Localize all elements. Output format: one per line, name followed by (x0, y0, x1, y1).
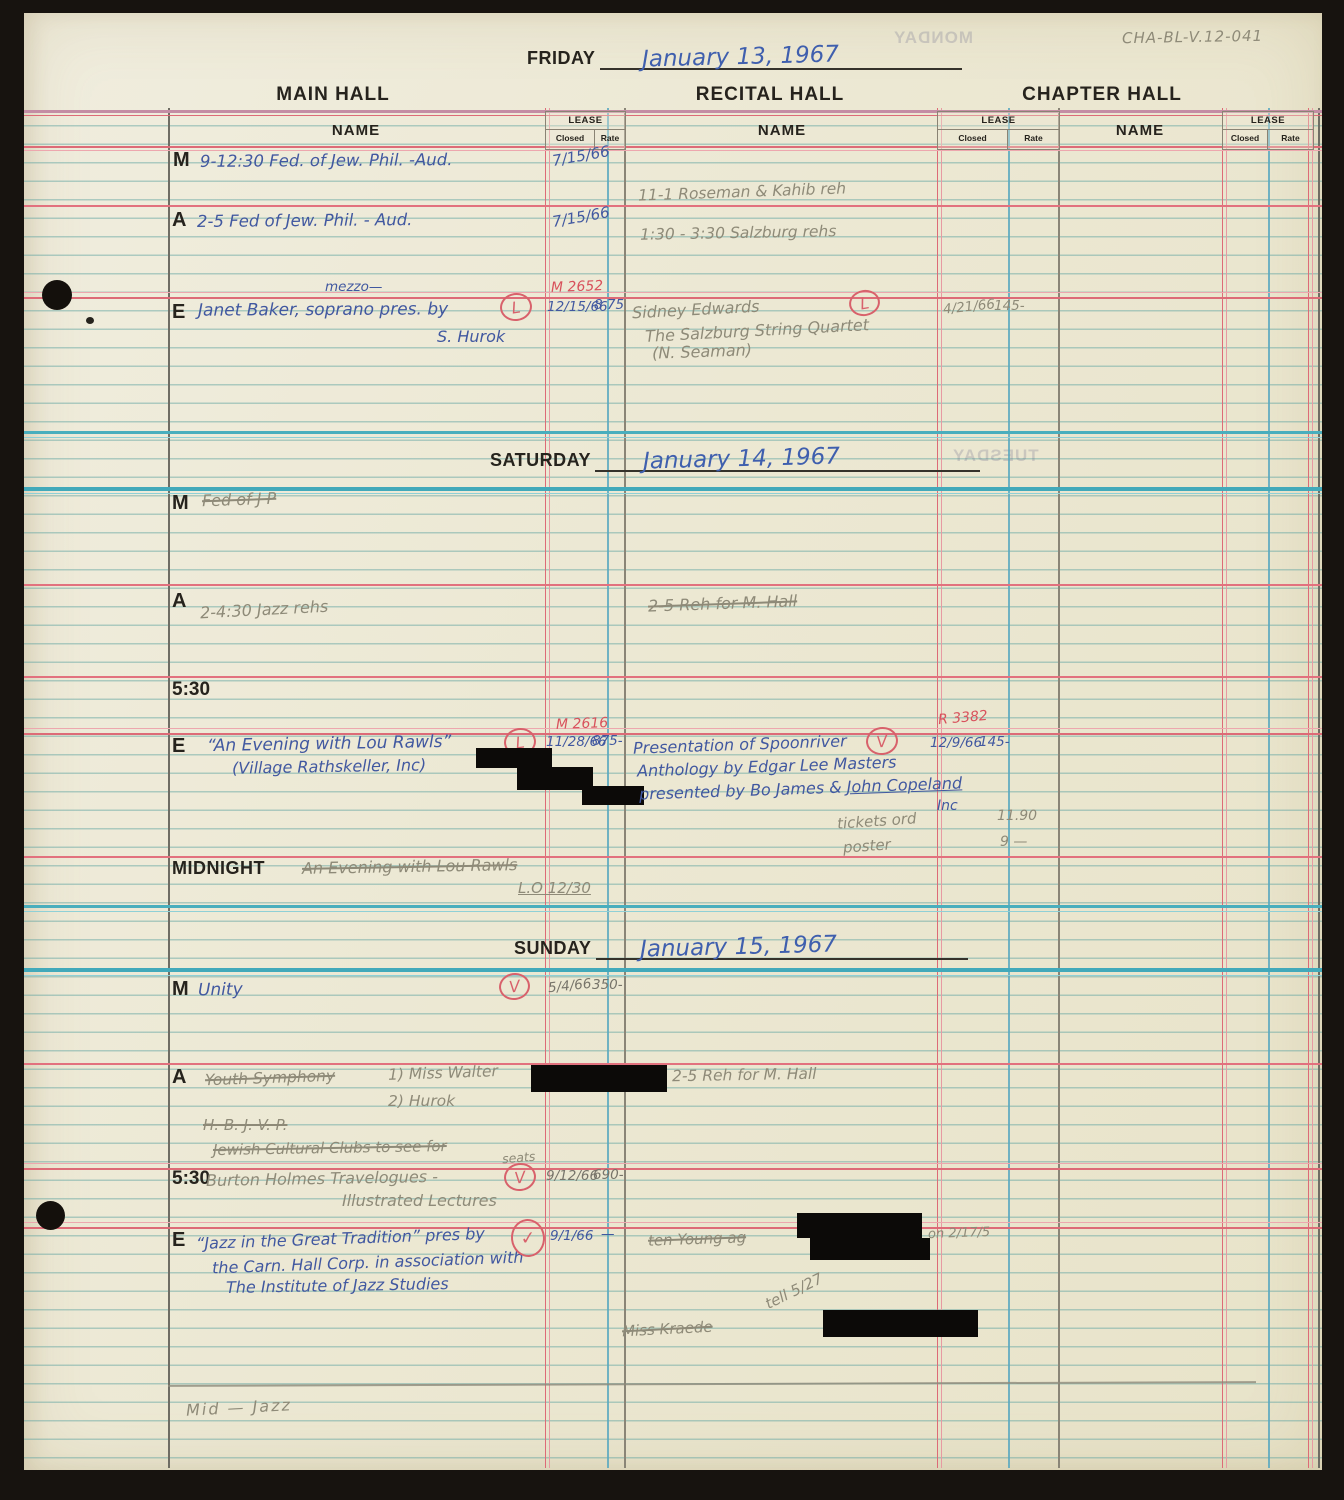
handwritten-date: January 13, 1967 (642, 41, 840, 72)
closed-label: Closed (1223, 130, 1268, 149)
entry-friday-recital-evening-3: (N. Seaman) (652, 340, 753, 362)
hole-punch (36, 1201, 65, 1230)
entry-saturday-recital-evening-4: Inc (937, 798, 958, 814)
entry-sunday-recital-evening: ten Young ag (648, 1228, 747, 1249)
entry-sunday-main-morning: Unity (198, 980, 243, 1001)
rate-label: Rate (1268, 130, 1313, 149)
section-rule (24, 968, 1322, 972)
row-label-afternoon: A (172, 1066, 186, 1089)
row-label-morning: M (172, 978, 189, 1001)
note-saturday-midnight: L.O 12/30 (518, 879, 591, 897)
day-header-sunday: SUNDAY January 15, 1967 (514, 932, 968, 960)
note-tickets-amount: 11.90 (997, 808, 1037, 824)
row-rule (24, 297, 1322, 299)
row-rule (24, 292, 1322, 293)
entry-friday-main-evening: Janet Baker, soprano pres. by (198, 299, 448, 320)
entry-sunday-530: Burton Holmes Travelogues - (206, 1167, 438, 1190)
date-underline: January 13, 1967 (600, 42, 962, 70)
entry-saturday-main-morning: Fed of J P (202, 489, 277, 511)
entry-sunday-recital-afternoon: 2-5 Reh for M. Hall (672, 1065, 817, 1086)
rate-sunday-main-evening: — (601, 1226, 615, 1242)
entry-friday-main-afternoon: 2-5 Fed of Jew. Phil. - Aud. (197, 210, 413, 231)
row-label-530: 5:30 (172, 1168, 210, 1190)
col-header-name-chapter: NAME (1116, 122, 1164, 139)
hole-punch (42, 280, 72, 310)
closed-label: Closed (938, 130, 1008, 149)
rate-saturday-main-evening: 875- (592, 733, 623, 749)
hall-title-recital: RECITAL HALL (696, 84, 845, 106)
entry-saturday-midnight: An Evening with Lou Rawls (302, 855, 518, 878)
row-rule (24, 733, 1322, 735)
hall-title-main: MAIN HALL (276, 84, 389, 106)
column-line (1222, 108, 1223, 1468)
lease-header-chapter: LEASE Closed Rate (1222, 111, 1314, 150)
redaction-box (797, 1213, 922, 1238)
note-poster-amount: 9 — (1000, 834, 1027, 850)
header-rule (24, 115, 1322, 116)
header-rule (24, 146, 1322, 148)
row-rule (24, 1063, 1322, 1065)
contract-code-friday-main: M 2652 (551, 278, 604, 296)
column-line (1226, 108, 1227, 1468)
entry-friday-main-evening-2: S. Hurok (437, 327, 505, 346)
col-header-name-recital: NAME (758, 122, 806, 139)
page-code: CHA-BL-V.12-041 (1122, 27, 1263, 47)
lease-label: LEASE (546, 112, 625, 130)
day-header-saturday: SATURDAY January 14, 1967 (490, 444, 980, 472)
hall-title-chapter: CHAPTER HALL (1022, 84, 1182, 106)
entry-text-underlined: John Copeland (846, 773, 962, 796)
closed-sunday-main-evening: 9/1/66 (550, 1228, 593, 1244)
rate-saturday-recital-evening: 145- (979, 734, 1010, 750)
row-rule (24, 1163, 1322, 1164)
redaction-box (823, 1310, 978, 1337)
day-header-friday: FRIDAY January 13, 1967 (527, 42, 962, 70)
row-label-midnight: MIDNIGHT (172, 858, 265, 879)
row-label-morning: M (172, 492, 189, 515)
contract-code-saturday-main: M 2616 (556, 715, 609, 733)
column-line (1308, 108, 1309, 1468)
column-line (1318, 108, 1320, 1468)
handwritten-date: January 15, 1967 (640, 931, 838, 962)
row-label-530: 5:30 (172, 679, 210, 701)
section-rule (24, 431, 1322, 434)
entry-friday-recital-afternoon: 1:30 - 3:30 Salzburg rehs (640, 222, 837, 243)
rate-sunday-530: 690- (593, 1167, 624, 1183)
redaction-box (810, 1238, 930, 1260)
entry-saturday-main-evening-2: (Village Rathskeller, Inc) (232, 755, 426, 777)
ledger-scan-page: MONDAY TUESDAY CHA-BL-V.12-041 FRIDAY (0, 0, 1344, 1500)
entry-sunday-main-evening-3: The Institute of Jazz Studies (226, 1274, 449, 1297)
entry-sunday-main-afternoon-3: H. B. J. V. P. (203, 1116, 287, 1134)
row-label-evening: E (172, 1229, 185, 1252)
rate-label: Rate (1008, 130, 1059, 149)
row-rule (24, 1227, 1322, 1229)
date-underline: January 15, 1967 (596, 932, 968, 960)
handwritten-date: January 14, 1967 (643, 443, 841, 474)
row-rule (24, 1222, 1322, 1223)
header-rule (24, 110, 1322, 113)
entry-friday-main-evening-insert: mezzo— (325, 279, 382, 295)
row-label-afternoon: A (172, 590, 186, 613)
entry-friday-main-morning: 9-12:30 Fed. of Jew. Phil. -Aud. (200, 150, 453, 171)
rate-sunday-main-morning: 350- (592, 977, 623, 993)
col-header-name-main: NAME (332, 122, 380, 139)
entry-sunday-main-afternoon-2: 2) Hurok (388, 1092, 455, 1110)
entry-saturday-main-evening: “An Evening with Lou Rawls” (207, 732, 452, 756)
column-line (1312, 108, 1313, 1468)
row-rule (24, 1168, 1322, 1170)
day-label: SUNDAY (514, 938, 591, 958)
entry-sunday-main-afternoon-1b: 1) Miss Walter (388, 1062, 498, 1084)
column-line (1268, 108, 1270, 1468)
redaction-box (531, 1065, 667, 1092)
row-rule (24, 205, 1322, 207)
rate-friday-main-evening: 8 75 (594, 297, 624, 313)
entry-sunday-recital-evening-note: on 2/17/5 (928, 1225, 991, 1242)
lease-header-main: LEASE Closed Rate (545, 111, 626, 150)
row-rule (24, 728, 1322, 729)
row-label-evening: E (172, 301, 185, 324)
section-rule (24, 437, 1322, 438)
lease-header-recital: LEASE Closed Rate (937, 111, 1060, 150)
ink-blot (86, 317, 94, 324)
day-label: SATURDAY (490, 450, 591, 470)
section-rule (24, 911, 1322, 912)
column-line (168, 108, 170, 1468)
row-rule (24, 584, 1322, 586)
closed-saturday-recital-evening: 12/9/66 (930, 735, 982, 751)
row-label-morning: M (173, 149, 190, 172)
redaction-box (582, 786, 644, 805)
closed-sunday-530: 9/12/66 (546, 1168, 598, 1184)
section-rule (24, 975, 1322, 976)
rate-friday-recital-evening: 145- (994, 298, 1025, 314)
entry-sunday-530-2: Illustrated Lectures (342, 1191, 497, 1210)
note-poster: poster (842, 835, 891, 856)
row-rule (24, 676, 1322, 678)
day-label: FRIDAY (527, 48, 595, 68)
row-label-afternoon: A (172, 209, 186, 232)
redaction-box (476, 748, 552, 768)
section-rule (24, 905, 1322, 908)
row-label-evening: E (172, 735, 185, 758)
lease-label: LEASE (1223, 112, 1313, 130)
lease-label: LEASE (938, 112, 1059, 130)
date-underline: January 14, 1967 (595, 444, 980, 472)
column-line (1058, 108, 1060, 1468)
